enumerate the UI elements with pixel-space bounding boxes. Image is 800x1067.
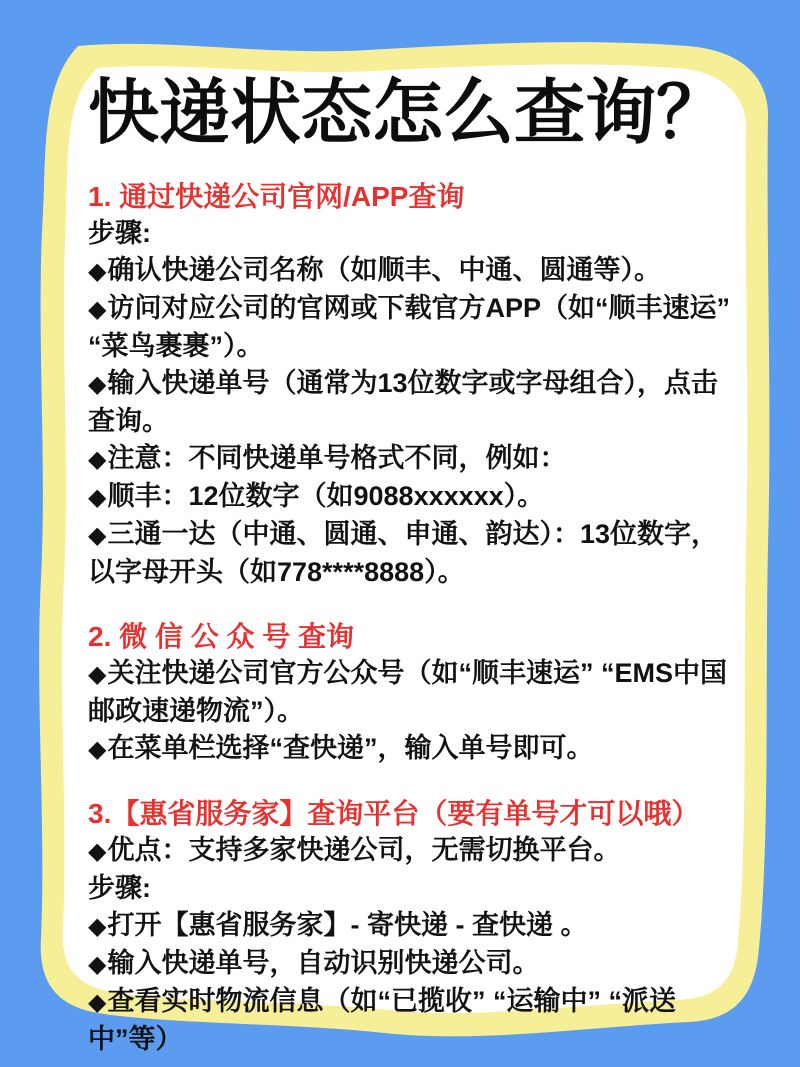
- step-label: 步骤:: [88, 215, 740, 252]
- line-text: 在菜单栏选择“查快递”，输入单号即可。: [107, 733, 593, 763]
- line-text: 查看实时物流信息（如“已揽收” “运输中” “派送中”等）: [88, 986, 676, 1054]
- line-text: 关注快递公司官方公众号（如“顺丰速运” “EMS中国邮政速递物流”）。: [88, 658, 727, 726]
- line-text: 注意：不同快递单号格式不同，例如：: [107, 443, 566, 473]
- bullet-line: ◆输入快递单号，自动识别快递公司。: [88, 945, 740, 983]
- bullet-line: ◆确认快递公司名称（如顺丰、中通、圆通等）。: [88, 252, 740, 290]
- bullet-line: ◆访问对应公司的官网或下载官方APP（如“顺丰速运” “菜鸟裹裹”）。: [88, 290, 740, 365]
- bullet-line: ◆顺丰：12位数字（如9088xxxxxx）。: [88, 478, 740, 516]
- line-text: 步骤:: [88, 218, 151, 248]
- section: 2. 微 信 公 众 号 查询◆关注快递公司官方公众号（如“顺丰速运” “EMS…: [88, 618, 740, 768]
- line-text: 访问对应公司的官网或下载官方APP（如“顺丰速运” “菜鸟裹裹”）。: [88, 293, 730, 361]
- line-text: 步骤:: [88, 873, 151, 903]
- bullet-line: ◆三通一达（中通、圆通、申通、韵达）：13位数字，以字母开头（如778****8…: [88, 516, 740, 591]
- section: 3.【惠省服务家】查询平台（要有单号才可以哦）◆优点：支持多家快递公司，无需切换…: [88, 795, 740, 1058]
- diamond-bullet-icon: ◆: [88, 522, 106, 549]
- line-text: 打开【惠省服务家】- 寄快递 - 查快递 。: [107, 910, 587, 940]
- line-text: 顺丰：12位数字（如9088xxxxxx）。: [107, 481, 544, 511]
- sections-container: 1. 通过快递公司官网/APP查询步骤:◆确认快递公司名称（如顺丰、中通、圆通等…: [88, 178, 740, 1058]
- bullet-line: ◆输入快递单号（通常为13位数字或字母组合），点击查询。: [88, 365, 740, 440]
- poster: 快递状态怎么查询？ 1. 通过快递公司官网/APP查询步骤:◆确认快递公司名称（…: [0, 0, 800, 1067]
- diamond-bullet-icon: ◆: [88, 736, 106, 763]
- diamond-bullet-icon: ◆: [88, 484, 106, 511]
- diamond-bullet-icon: ◆: [88, 296, 106, 323]
- diamond-bullet-icon: ◆: [88, 913, 106, 940]
- bullet-line: ◆在菜单栏选择“查快递”，输入单号即可。: [88, 730, 740, 768]
- bullet-line: ◆查看实时物流信息（如“已揽收” “运输中” “派送中”等）: [88, 983, 740, 1058]
- bullet-line: ◆关注快递公司官方公众号（如“顺丰速运” “EMS中国邮政速递物流”）。: [88, 655, 740, 730]
- bullet-line: ◆优点：支持多家快递公司，无需切换平台。: [88, 832, 740, 870]
- line-text: 优点：支持多家快递公司，无需切换平台。: [107, 835, 620, 865]
- line-text: 输入快递单号（通常为13位数字或字母组合），点击查询。: [88, 368, 718, 436]
- section: 1. 通过快递公司官网/APP查询步骤:◆确认快递公司名称（如顺丰、中通、圆通等…: [88, 178, 740, 591]
- bullet-line: ◆打开【惠省服务家】- 寄快递 - 查快递 。: [88, 907, 740, 945]
- diamond-bullet-icon: ◆: [88, 371, 106, 398]
- line-text: 三通一达（中通、圆通、申通、韵达）：13位数字，以字母开头（如778****88…: [88, 519, 718, 587]
- diamond-bullet-icon: ◆: [88, 989, 106, 1016]
- step-label: 步骤:: [88, 870, 740, 907]
- page-title: 快递状态怎么查询？: [88, 74, 740, 154]
- bullet-line: ◆注意：不同快递单号格式不同，例如：: [88, 440, 740, 478]
- line-text: 确认快递公司名称（如顺丰、中通、圆通等）。: [107, 255, 661, 285]
- diamond-bullet-icon: ◆: [88, 951, 106, 978]
- diamond-bullet-icon: ◆: [88, 661, 106, 688]
- diamond-bullet-icon: ◆: [88, 258, 106, 285]
- content: 快递状态怎么查询？ 1. 通过快递公司官网/APP查询步骤:◆确认快递公司名称（…: [88, 74, 740, 1058]
- diamond-bullet-icon: ◆: [88, 838, 106, 865]
- diamond-bullet-icon: ◆: [88, 446, 106, 473]
- section-heading: 1. 通过快递公司官网/APP查询: [88, 178, 740, 215]
- section-heading: 2. 微 信 公 众 号 查询: [88, 618, 740, 655]
- section-heading: 3.【惠省服务家】查询平台（要有单号才可以哦）: [88, 795, 740, 832]
- line-text: 输入快递单号，自动识别快递公司。: [107, 948, 539, 978]
